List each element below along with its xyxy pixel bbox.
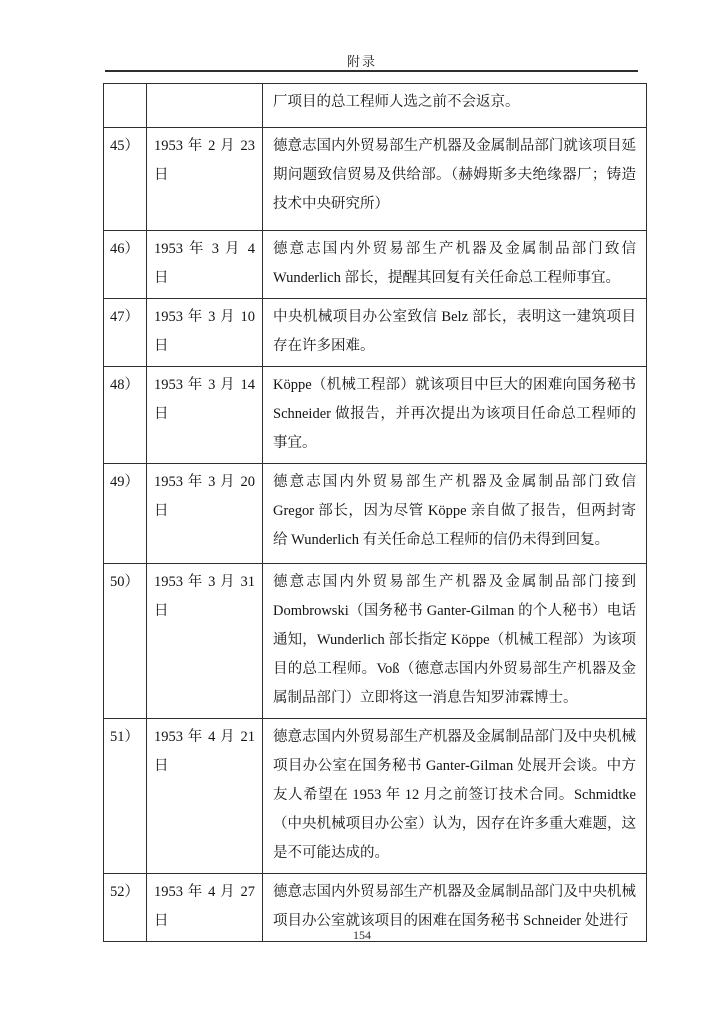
row-desc-cell: 德意志国内外贸易部生产机器及金属制品部门致信 Gregor 部长，因为尽管 Kö… bbox=[263, 464, 647, 564]
appendix-table-body: 厂项目的总工程师人选之前不会返京。 45） 1953 年 2 月 23 日 德意… bbox=[104, 84, 647, 942]
table-row: 48） 1953 年 3 月 14 日 Köppe（机械工程部）就该项目中巨大的… bbox=[104, 367, 647, 464]
row-desc-cell: 德意志国内外贸易部生产机器及金属制品部门就该项目延期问题致信贸易及供给部。（赫姆… bbox=[263, 128, 647, 231]
row-date-cell: 1953 年 4 月 21 日 bbox=[147, 719, 263, 874]
row-date-cell: 1953 年 3 月 20 日 bbox=[147, 464, 263, 564]
row-number-cell: 47） bbox=[104, 299, 147, 367]
row-date-cell: 1953 年 3 月 4 日 bbox=[147, 231, 263, 299]
table-row: 厂项目的总工程师人选之前不会返京。 bbox=[104, 84, 647, 128]
row-number-cell: 51） bbox=[104, 719, 147, 874]
row-date-cell: 1953 年 3 月 14 日 bbox=[147, 367, 263, 464]
table-row: 49） 1953 年 3 月 20 日 德意志国内外贸易部生产机器及金属制品部门… bbox=[104, 464, 647, 564]
row-date-cell bbox=[147, 84, 263, 128]
row-number-cell bbox=[104, 84, 147, 128]
row-date-cell: 1953 年 3 月 31 日 bbox=[147, 564, 263, 719]
running-head: 附录 bbox=[0, 51, 724, 70]
row-date-cell: 1953 年 2 月 23 日 bbox=[147, 128, 263, 231]
table-row: 50） 1953 年 3 月 31 日 德意志国内外贸易部生产机器及金属制品部门… bbox=[104, 564, 647, 719]
header-rule bbox=[105, 70, 638, 72]
table-row: 51） 1953 年 4 月 21 日 德意志国内外贸易部生产机器及金属制品部门… bbox=[104, 719, 647, 874]
page-footer: 154 bbox=[0, 928, 724, 943]
row-number-cell: 50） bbox=[104, 564, 147, 719]
table-row: 45） 1953 年 2 月 23 日 德意志国内外贸易部生产机器及金属制品部门… bbox=[104, 128, 647, 231]
appendix-chronology-table: 厂项目的总工程师人选之前不会返京。 45） 1953 年 2 月 23 日 德意… bbox=[103, 83, 647, 942]
row-desc-cell: 厂项目的总工程师人选之前不会返京。 bbox=[263, 84, 647, 128]
table-row: 47） 1953 年 3 月 10 日 中央机械项目办公室致信 Belz 部长，… bbox=[104, 299, 647, 367]
row-number-cell: 46） bbox=[104, 231, 147, 299]
row-number-cell: 48） bbox=[104, 367, 147, 464]
row-desc-cell: 德意志国内外贸易部生产机器及金属制品部门及中央机械项目办公室在国务秘书 Gant… bbox=[263, 719, 647, 874]
row-desc-cell: 德意志国内外贸易部生产机器及金属制品部门接到 Dombrowski（国务秘书 G… bbox=[263, 564, 647, 719]
page-number: 154 bbox=[353, 928, 371, 942]
row-desc-cell: Köppe（机械工程部）就该项目中巨大的困难向国务秘书 Schneider 做报… bbox=[263, 367, 647, 464]
row-date-cell: 1953 年 3 月 10 日 bbox=[147, 299, 263, 367]
row-desc-cell: 中央机械项目办公室致信 Belz 部长，表明这一建筑项目存在许多困难。 bbox=[263, 299, 647, 367]
row-number-cell: 45） bbox=[104, 128, 147, 231]
document-page: 附录 厂项目的总工程师人选之前不会返京。 45） 1953 年 2 月 23 日… bbox=[0, 0, 724, 1023]
row-desc-cell: 德意志国内外贸易部生产机器及金属制品部门致信 Wunderlich 部长，提醒其… bbox=[263, 231, 647, 299]
table-row: 46） 1953 年 3 月 4 日 德意志国内外贸易部生产机器及金属制品部门致… bbox=[104, 231, 647, 299]
row-number-cell: 49） bbox=[104, 464, 147, 564]
